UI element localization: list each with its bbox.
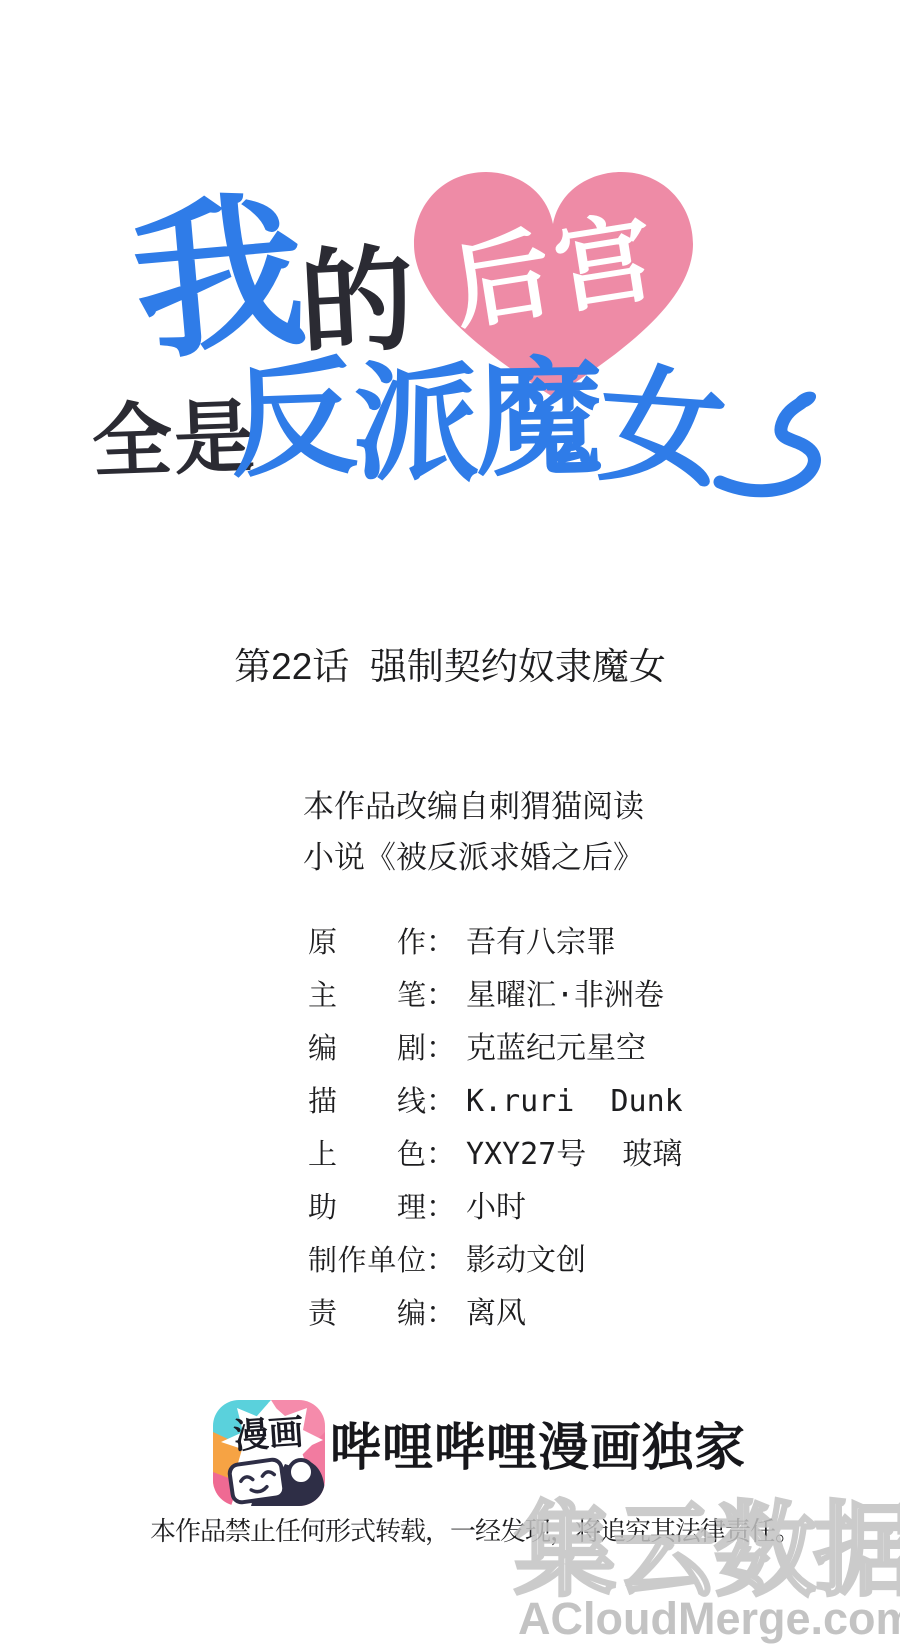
credit-colon: ： bbox=[426, 1087, 456, 1117]
credit-row-line-art: 描线：K.ruri Dunk bbox=[308, 1087, 683, 1140]
adaptation-line-1: 本作品改编自刺猬猫阅读 bbox=[303, 791, 644, 842]
credits-list: 原作：吾有八宗罪 主笔：星曜汇·非洲卷 编剧：克蓝纪元星空 描线：K.ruri … bbox=[308, 928, 683, 1352]
credit-label: 原作 bbox=[308, 929, 426, 958]
watermark-name: 集云数据 bbox=[514, 1500, 900, 1602]
credit-value: 小时 bbox=[466, 1193, 526, 1223]
publisher-exclusive-text: 哔哩哔哩漫画独家 bbox=[330, 1424, 746, 1475]
credit-label: 上色 bbox=[308, 1141, 426, 1170]
credit-colon: ： bbox=[426, 1299, 456, 1329]
credit-colon: ： bbox=[426, 981, 456, 1011]
title-char: 派 bbox=[352, 360, 477, 489]
credit-value: 克蓝纪元星空 bbox=[466, 1034, 646, 1064]
credit-value: 吾有八宗罪 bbox=[466, 928, 616, 958]
title-word-2: 的 bbox=[297, 243, 417, 363]
credit-value: 影动文创 bbox=[466, 1246, 586, 1276]
credit-label: 主笔 bbox=[308, 982, 426, 1011]
credit-row-assistant: 助理：小时 bbox=[308, 1193, 683, 1246]
chapter-title: 第22话 强制契约奴隶魔女 bbox=[0, 648, 900, 685]
credit-label: 助理 bbox=[308, 1194, 426, 1223]
bilibili-manga-logo-icon: 漫画 bbox=[213, 1400, 325, 1506]
devil-tail-icon bbox=[650, 350, 850, 510]
credit-colon: ： bbox=[426, 1246, 456, 1276]
credit-value: YXY27号 玻璃 bbox=[466, 1140, 682, 1170]
credit-value: 离风 bbox=[466, 1299, 526, 1329]
credit-colon: ： bbox=[426, 928, 456, 958]
adaptation-line-2: 小说《被反派求婚之后》 bbox=[303, 842, 644, 893]
adaptation-note: 本作品改编自刺猬猫阅读 小说《被反派求婚之后》 bbox=[303, 791, 644, 893]
logo-manga-text: 漫画 bbox=[232, 1413, 305, 1457]
manga-title-page[interactable]: 我 的 后宫 全是 反派魔女 第22话 强制契约奴隶魔女 本作品改编自刺猬猫阅读… bbox=[0, 0, 900, 1650]
title-word-1: 我 bbox=[127, 187, 311, 371]
credit-row-coloring: 上色：YXY27号 玻璃 bbox=[308, 1140, 683, 1193]
title-char: 魔 bbox=[475, 355, 600, 484]
credit-value: 星曜汇·非洲卷 bbox=[466, 981, 664, 1011]
credit-row-screenwriter: 编剧：克蓝纪元星空 bbox=[308, 1034, 683, 1087]
credit-colon: ： bbox=[426, 1034, 456, 1064]
title-line2-main: 反派魔女 bbox=[230, 356, 722, 483]
credit-colon: ： bbox=[426, 1140, 456, 1170]
credit-row-lead-artist: 主笔：星曜汇·非洲卷 bbox=[308, 981, 683, 1034]
credit-label: 编剧 bbox=[308, 1035, 426, 1064]
title-char: 反 bbox=[228, 354, 355, 485]
watermark-url: ACloudMerge.com bbox=[518, 1596, 900, 1641]
credit-label: 责编 bbox=[308, 1300, 426, 1329]
credit-row-production-unit: 制作单位：影动文创 bbox=[308, 1246, 683, 1299]
credit-row-original-author: 原作：吾有八宗罪 bbox=[308, 928, 683, 981]
credit-label: 制作单位 bbox=[308, 1247, 426, 1276]
credit-label: 描线 bbox=[308, 1088, 426, 1117]
credit-row-editor: 责编：离风 bbox=[308, 1299, 683, 1352]
credit-colon: ： bbox=[426, 1193, 456, 1223]
credit-value: K.ruri Dunk bbox=[466, 1087, 683, 1117]
